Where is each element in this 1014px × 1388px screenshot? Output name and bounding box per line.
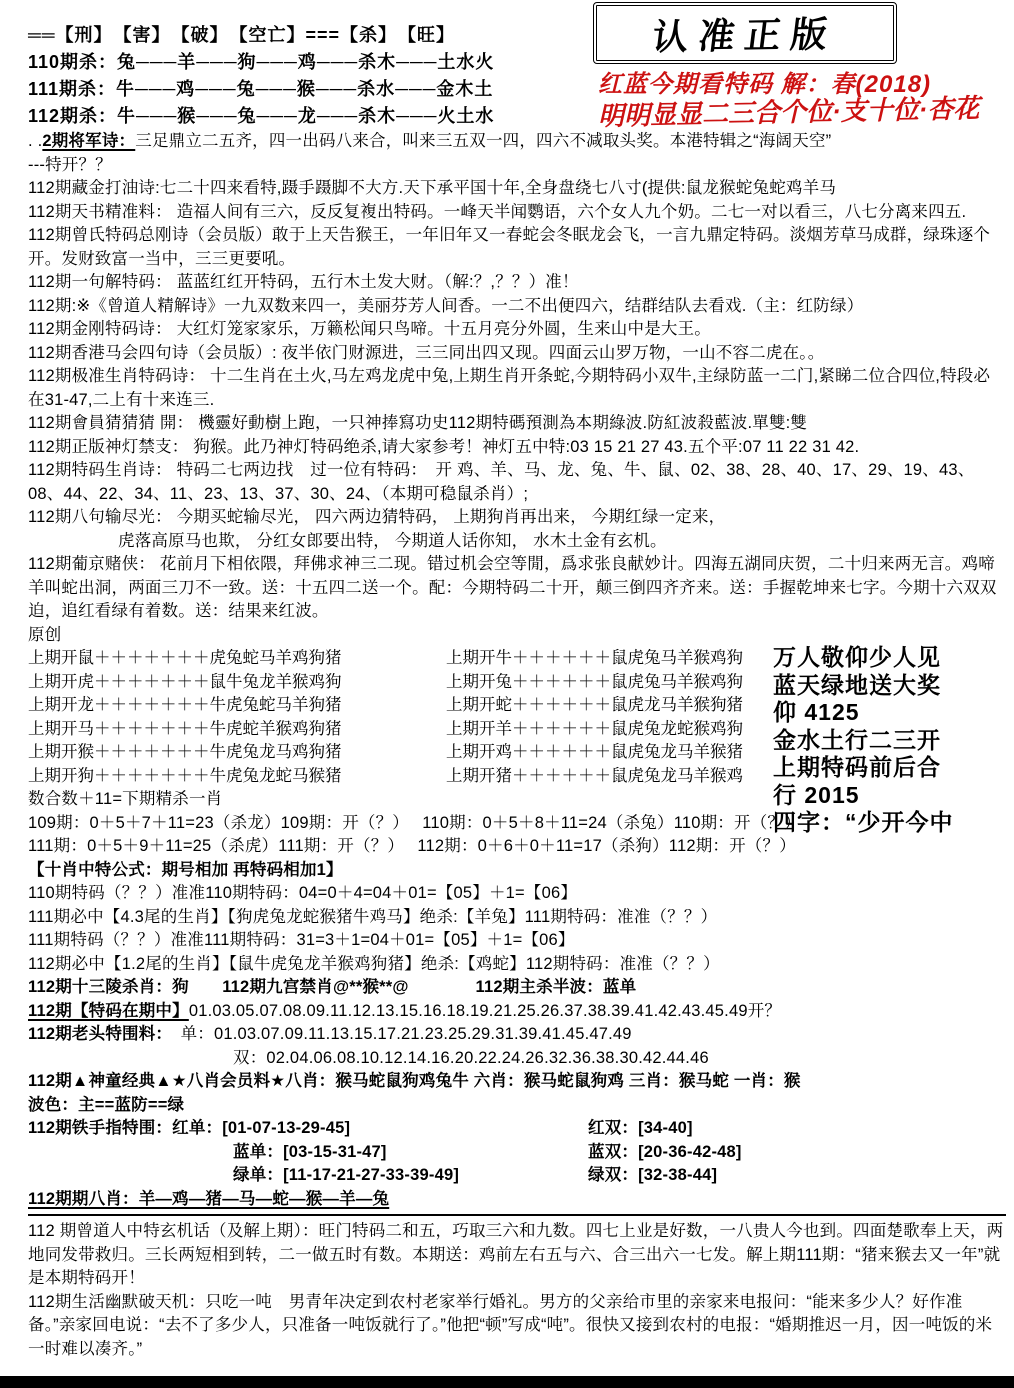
jiangjun-text: 三足鼎立二五齐，四一出码八来合，叫来三五双一四，四六不减取头奖。本港特辑之“海阔…	[135, 132, 831, 150]
zodiac-row: 上期开猪＋＋＋＋＋＋鼠虎兔龙马羊猴鸡	[446, 765, 798, 789]
zodiac-row: 上期开马＋＋＋＋＋＋＋牛虎蛇羊猴鸡狗猪	[28, 718, 446, 742]
poem-pujing: 112期葡京赌侠： 花前月下相依隈，拜佛求神三二现。错过机会空等閒，爲求张良献妙…	[28, 553, 1006, 624]
poem-jizhun: 112期极准生肖特码诗： 十二生肖在土火,马左鸡龙虎中兔,上期生肖开条蛇,今期特…	[28, 365, 1006, 412]
zodiac-row: 上期开虎＋＋＋＋＋＋＋鼠牛兔龙羊猴鸡狗	[28, 671, 446, 695]
poem-tianshu: 112期天书精准料： 造福人间有三六，反反复複出特码。一峰天半闻鹦语，六个女人九…	[28, 201, 1006, 225]
poem-huiyuan: 112期會員猜猜猜 開： 機靈好動樹上跑，一只神捧寫功史112期特碼預測為本期綠…	[28, 412, 1006, 436]
poem-bajusun-1: 112期八句输尽光： 今期买蛇输尽光， 四六两边猜特码， 上期狗肖再出来， 今期…	[28, 506, 1006, 530]
zodiac-row: 上期开猴＋＋＋＋＋＋＋牛虎兔龙马鸡狗猪	[28, 741, 446, 765]
green-even: 绿双：[32-38-44]	[588, 1164, 717, 1188]
xuanji-paragraph: 112 期曾道人中特玄机话（及解上期）：旺门特码二和五，巧取三六和九数。四七上业…	[28, 1220, 1006, 1291]
original-label: 原创	[28, 624, 1006, 648]
poem-jingang: 112期金刚特码诗： 大红灯笼家家乐，万籁松闻只鸟啼。十五月亮分外圆，生来山中是…	[28, 318, 1006, 342]
formula-111-detail: 111期特码（？？）准准111期特码：31=3＋1=04＋01=【05】＋1=【…	[28, 929, 1006, 953]
poem-yiju: 112期一句解特码： 蓝蓝红红开特码，五行木土发大财。（解:？,？？）准！	[28, 271, 1006, 295]
zodiac-row: 上期开狗＋＋＋＋＋＋＋牛虎兔龙蛇马猴猪	[28, 765, 446, 789]
poem-bajusun-2: 虎落高原马也欺， 分红女郎要出特， 今期道人话你知， 水木土金有玄机。	[28, 530, 1006, 554]
zodiac-row: 上期开牛＋＋＋＋＋＋鼠虎兔马羊猴鸡狗	[446, 647, 798, 671]
formula-112-bizhong: 112期必中【1.2尾的生肖】【鼠牛虎兔龙羊猴鸡狗猪】绝杀:【鸡蛇】112期特码…	[28, 953, 1006, 977]
laotou-odd-list: 单：01.03.07.09.11.13.15.17.21.23.25.29.31…	[181, 1025, 632, 1043]
blue-odd: 蓝单：[03-15-31-47]	[233, 1143, 387, 1161]
kill-table-row-112: 112期杀：牛───猴───兔───龙───杀木───火土水	[28, 103, 628, 130]
red-even: 红双：[34-40]	[588, 1117, 693, 1141]
formula-109-110: 109期：0＋5＋7＋11=23（杀龙）109期：开（？） 110期：0＋5＋8…	[28, 812, 1006, 836]
laotou-even-row: 双：02.04.06.08.10.12.14.16.20.22.24.26.32…	[28, 1047, 1006, 1071]
in-range-title: 112期【特码在期中】	[28, 1002, 189, 1020]
green-odd: 绿单：[11-17-21-27-33-39-49]	[233, 1166, 459, 1184]
formula-111-bizhong: 111期必中【4.3尾的生肖】【狗虎兔龙蛇猴猪牛鸡马】绝杀:【羊兔】111期特码…	[28, 906, 1006, 930]
zodiac-table: 上期开鼠＋＋＋＋＋＋＋虎兔蛇马羊鸡狗猪 上期开虎＋＋＋＋＋＋＋鼠牛兔龙羊猴鸡狗 …	[28, 647, 1006, 788]
kill-zodiac-row: 112期十三陵杀肖：狗 112期九宫禁肖@**猴**@ 112期主杀半波：蓝单	[28, 976, 1006, 1000]
poem-jiangjun: . .2期将军诗：三足鼎立二五齐，四一出码八来合，叫来三五双一四，四六不减取头奖…	[28, 130, 1006, 154]
sheet-body: ══【刑】 【害】 【破】 【空亡】===【杀】 【旺】 110期杀：兔───羊…	[28, 22, 1006, 1361]
iron-finger-red-row: 112期铁手指特围：红单：[01-07-13-29-45]红双：[34-40]	[28, 1117, 1006, 1141]
red-odd: 红单：[01-07-13-29-45]	[172, 1119, 350, 1137]
zodiac-row: 上期开龙＋＋＋＋＋＋＋牛虎兔蛇马羊狗猪	[28, 694, 446, 718]
poem-zengshi: 112期曾氏特码总刚诗（会员版）敢于上天告猴王，一年旧年又一春蛇会冬眠龙会飞，一…	[28, 224, 1006, 271]
poem-jiangjun-open: ---特开？？	[28, 154, 1006, 178]
zodiac-row: 上期开兔＋＋＋＋＋＋鼠虎兔马羊猴鸡狗	[446, 671, 798, 695]
formula-rule: 【十肖中特公式：期号相加 再特码相加1】	[28, 859, 1006, 883]
zodiac-row: 上期开蛇＋＋＋＋＋＋鼠虎龙马羊猴狗猪	[446, 694, 798, 718]
zodiac-row: 上期开鼠＋＋＋＋＋＋＋虎兔蛇马羊鸡狗猪	[28, 647, 446, 671]
iron-finger-blue-row: 蓝单：[03-15-31-47]蓝双：[20-36-42-48]	[28, 1141, 1006, 1165]
shentong-row: 112期▲神童经典▲★八肖会员料★八肖：猴马蛇鼠狗鸡兔牛 六肖：猴马蛇鼠狗鸡 三…	[28, 1070, 1006, 1094]
zodiac-table-footer: 数合数＋11=下期精杀一肖	[28, 788, 1006, 812]
iron-finger-title: 112期铁手指特围：	[28, 1119, 172, 1137]
kill-table-row-110: 110期杀：兔───羊───狗───鸡───杀木───土水火	[28, 49, 628, 76]
formula-111-112: 111期：0＋5＋9＋11=25（杀虎）111期：开（？） 112期：0＋6＋0…	[28, 835, 1006, 859]
zodiac-row: 上期开羊＋＋＋＋＋＋鼠虎兔龙蛇猴鸡狗	[446, 718, 798, 742]
poem-xianggang: 112期香港马会四句诗（会员版）: 夜半依门财源进，三三同出四又现。四面云山罗万…	[28, 342, 1006, 366]
blue-even: 蓝双：[20-36-42-48]	[588, 1141, 742, 1165]
formula-110-detail: 110期特码（？？）准准110期特码：04=0＋4=04＋01=【05】＋1=【…	[28, 882, 1006, 906]
zodiac-table-left: 上期开鼠＋＋＋＋＋＋＋虎兔蛇马羊鸡狗猪 上期开虎＋＋＋＋＋＋＋鼠牛兔龙羊猴鸡狗 …	[28, 647, 446, 788]
poem-shengxiao: 112期特码生肖诗： 特码二七两边找 过一位有特码： 开 鸡、羊、马、龙、兔、牛…	[28, 459, 1006, 506]
lottery-tip-sheet: 认准正版 红蓝今期看特码 解：春(2018) 明明显显二三合个位·支十位·杏花 …	[0, 0, 1014, 1388]
poem-zengdaoren: 112期:※《曾道人精解诗》一九双数来四一，美丽芬芳人间香。一二不出便四六，结群…	[28, 295, 1006, 319]
zodiac-table-right: 上期开牛＋＋＋＋＋＋鼠虎兔马羊猴鸡狗 上期开兔＋＋＋＋＋＋鼠虎兔马羊猴鸡狗 上期…	[446, 647, 798, 788]
laotou-title: 112期老头特围料：	[28, 1025, 164, 1043]
kill-table-row-111: 111期杀：牛───鸡───兔───猴───杀水───金木土	[28, 76, 628, 103]
wave-color-row: 波色：主==蓝防==绿	[28, 1094, 1006, 1118]
section-divider	[28, 1214, 1006, 1216]
in-range-list: 01.03.05.07.08.09.11.12.13.15.16.18.19.2…	[189, 1002, 781, 1020]
eight-zodiac-row: 112期期八肖：羊—鸡—猪—马—蛇—猴—羊—兔	[28, 1188, 1006, 1212]
zodiac-row: 上期开鸡＋＋＋＋＋＋鼠虎兔龙马羊猴猪	[446, 741, 798, 765]
in-range-numbers: 112期【特码在期中】01.03.05.07.08.09.11.12.13.15…	[28, 1000, 1006, 1024]
poem-cangjin: 112期藏金打油诗:七二十四来看特,蹑手蹑脚不大方.天下承平国十年,全身盘绕七八…	[28, 177, 1006, 201]
kill-table-header: ══【刑】 【害】 【破】 【空亡】===【杀】 【旺】	[28, 22, 628, 49]
bottom-edge	[0, 1376, 1014, 1388]
iron-finger-green-row: 绿单：[11-17-21-27-33-39-49]绿双：[32-38-44]	[28, 1164, 1006, 1188]
eight-zodiac-text: 112期期八肖：羊—鸡—猪—马—蛇—猴—羊—兔	[28, 1190, 389, 1208]
jiangjun-prefix: . .	[28, 132, 42, 150]
laotou-odd-row: 112期老头特围料： 单：01.03.07.09.11.13.15.17.21.…	[28, 1023, 1006, 1047]
humor-paragraph: 112期生活幽默破天机：只吃一吨 男青年决定到农村老家举行婚礼。男方的父亲给市里…	[28, 1291, 1006, 1362]
poem-shendeng: 112期正版神灯禁支： 狗猴。此乃神灯特码绝杀,请大家参考！神灯五中特:03 1…	[28, 436, 1006, 460]
jiangjun-title: 2期将军诗：	[42, 132, 135, 150]
